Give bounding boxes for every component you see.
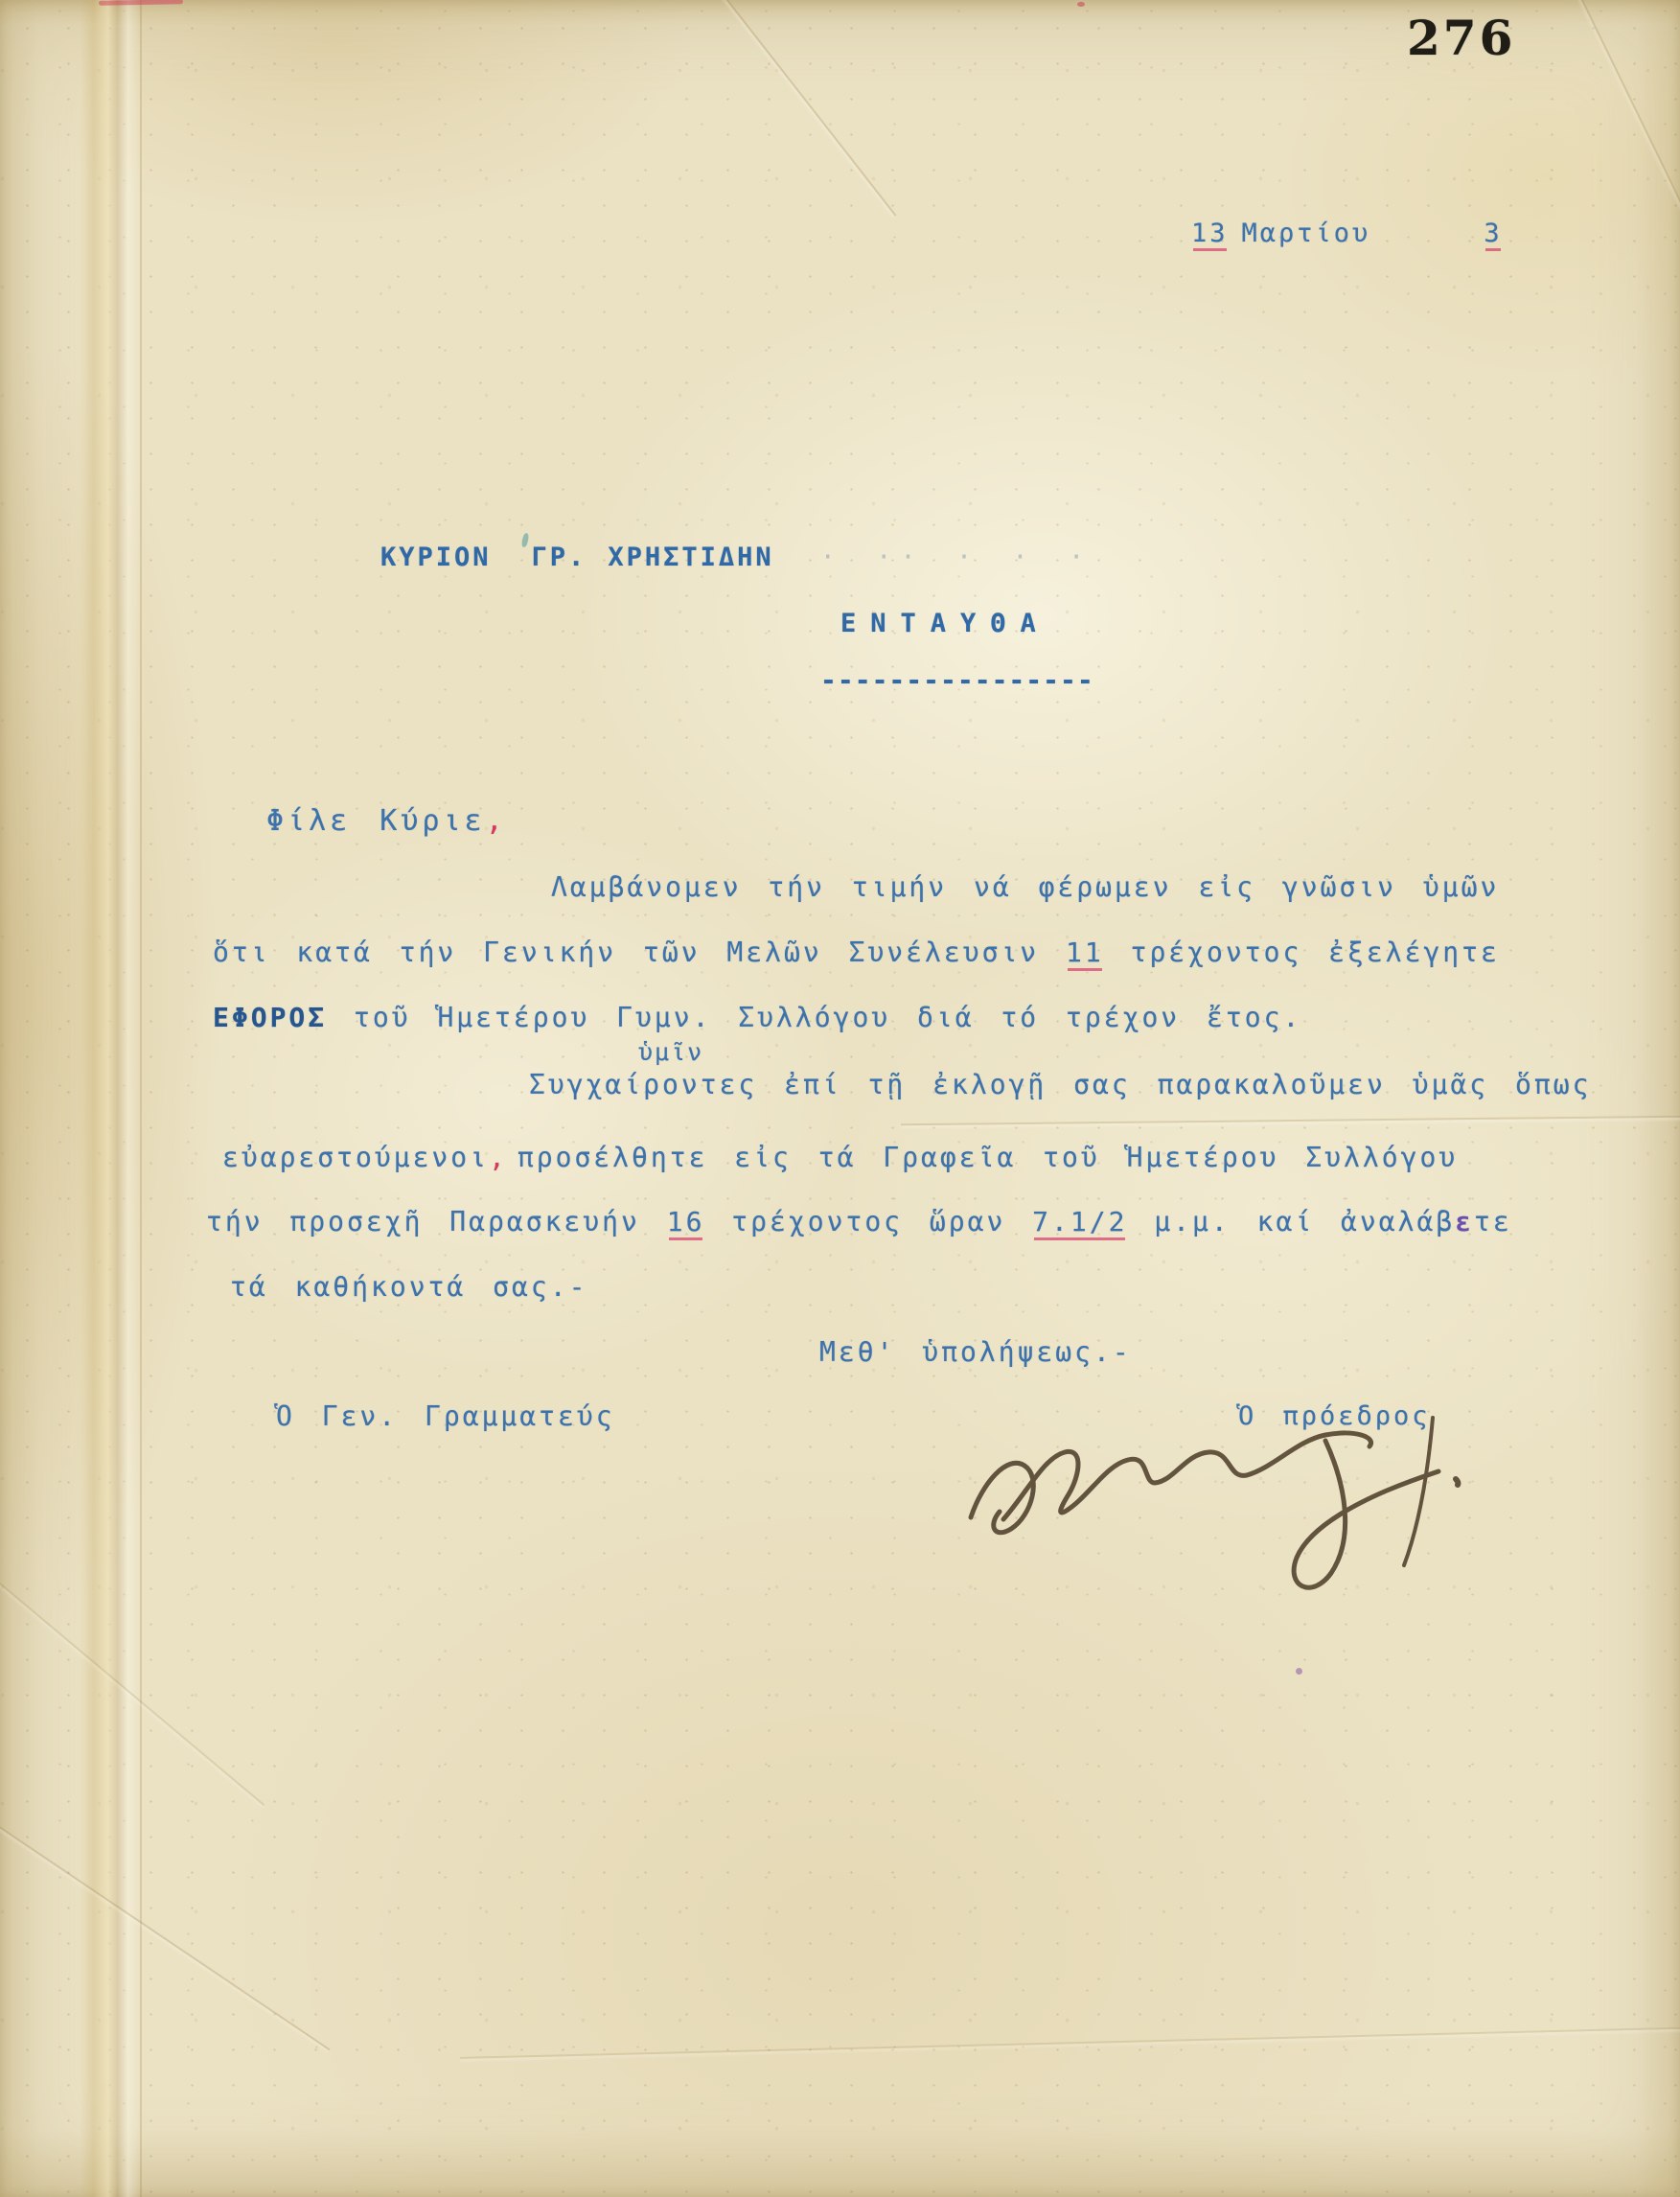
- salutation-text: Φίλε Κύριε: [266, 804, 486, 838]
- paper-crease-bottom-wide: [460, 2026, 1680, 2059]
- body-line-5-text: εὐαρεστούμενοι: [222, 1142, 489, 1173]
- friday-date-number: 16: [667, 1206, 705, 1237]
- page-number: 276: [1407, 10, 1515, 66]
- date-month: Μαρτίου: [1242, 219, 1371, 248]
- recipient-line: ΚΥΡΙΟΝΓΡ.ΧΡΗΣΤΙΔΗΝ· ·· · · ·: [380, 543, 1093, 572]
- body-line-6-rest-b: τε: [1474, 1206, 1512, 1237]
- body-line-1: Λαμβάνομεν τήν τιμήν νά φέρωμεν εἰς γνῶσ…: [551, 872, 1499, 903]
- secretary-title: Ὁ Γεν. Γραμματεύς: [276, 1401, 615, 1432]
- paper-crease-top-center: [695, 0, 897, 217]
- divider-dashes: ----------------: [820, 665, 1094, 696]
- date-year: 3: [1484, 219, 1502, 248]
- salutation-line: Φίλε Κύριε,: [266, 805, 507, 839]
- paper-crease-middle-right: [901, 1116, 1680, 1126]
- location-line: ΕΝΤΑΥΘΑ: [840, 609, 1050, 638]
- recipient-surname: ΧΡΗΣΤΙΔΗΝ: [608, 543, 773, 572]
- purple-ink-speck: [1296, 1668, 1302, 1675]
- president-signature: [944, 1395, 1481, 1625]
- body-line-5: εὐαρεστούμενοι,προσέλθητε εἰς τά Γραφεῖα…: [222, 1143, 1458, 1173]
- body-line-6: τήν προσεχῆ Παρασκευήν 16 τρέχοντος ὥραν…: [206, 1207, 1512, 1237]
- meeting-time: 7.1/2: [1032, 1206, 1127, 1237]
- left-fold-band: [81, 0, 140, 2197]
- paper-crease-top-right: [1575, 0, 1680, 245]
- overstrike-correction: ε: [1455, 1206, 1474, 1237]
- body-line-7: τά καθήκοντά σας.-: [230, 1272, 587, 1303]
- recipient-initials: ΓΡ.: [532, 543, 587, 572]
- body-line-6-rest-a: μ.μ. καί ἀναλάβ: [1127, 1206, 1455, 1237]
- meeting-day-number: 11: [1066, 937, 1104, 968]
- body-line-2-rest: τρέχοντος ἐξελέγητε: [1104, 937, 1500, 968]
- body-line-5-rest: προσέλθητε εἰς τά Γραφεῖα τοῦ Ἡμετέρου Σ…: [518, 1142, 1458, 1173]
- recipient-title: ΚΥΡΙΟΝ: [380, 543, 492, 572]
- red-dot-top: [1077, 2, 1085, 7]
- date-line: 13Μαρτίου3: [1191, 219, 1503, 248]
- body-line-4: Συγχαίροντες ἐπί τῇ ἐκλογῇ σας παρακαλοῦ…: [529, 1070, 1591, 1100]
- office-title: ΕΦΟΡΟΣ: [213, 1002, 327, 1033]
- closing-regards: Μεθ' ὑπολήψεως.-: [819, 1337, 1132, 1368]
- interlinear-insertion: ὑμῖν: [638, 1039, 703, 1067]
- red-comma: ,: [489, 1142, 508, 1173]
- scanned-letter-page: 276 13Μαρτίου3 ΚΥΡΙΟΝΓΡ.ΧΡΗΣΤΙΔΗΝ· ·· · …: [0, 0, 1680, 2197]
- left-fold-line: [140, 0, 142, 2197]
- date-day: 13: [1191, 219, 1229, 248]
- body-line-3: ΕΦΟΡΟΣ τοῦ Ἡμετέρου Γυμν. Συλλόγου διά τ…: [213, 1003, 1301, 1033]
- faded-erased-marks: · ·· · · ·: [820, 543, 1093, 572]
- salutation-comma: ,: [486, 804, 507, 838]
- body-line-2: ὅτι κατά τήν Γενικήν τῶν Μελῶν Συνέλευσι…: [213, 937, 1500, 968]
- body-line-2-text: ὅτι κατά τήν Γενικήν τῶν Μελῶν Συνέλευσι…: [213, 937, 1066, 968]
- body-line-6-text: τήν προσεχῆ Παρασκευήν: [206, 1206, 667, 1237]
- paper-crease-bottom-left-1: [0, 1824, 331, 2051]
- body-line-3-rest: τοῦ Ἡμετέρου Γυμν. Συλλόγου διά τό τρέχο…: [327, 1002, 1301, 1033]
- body-line-6-mid: τρέχοντος ὥραν: [704, 1206, 1032, 1237]
